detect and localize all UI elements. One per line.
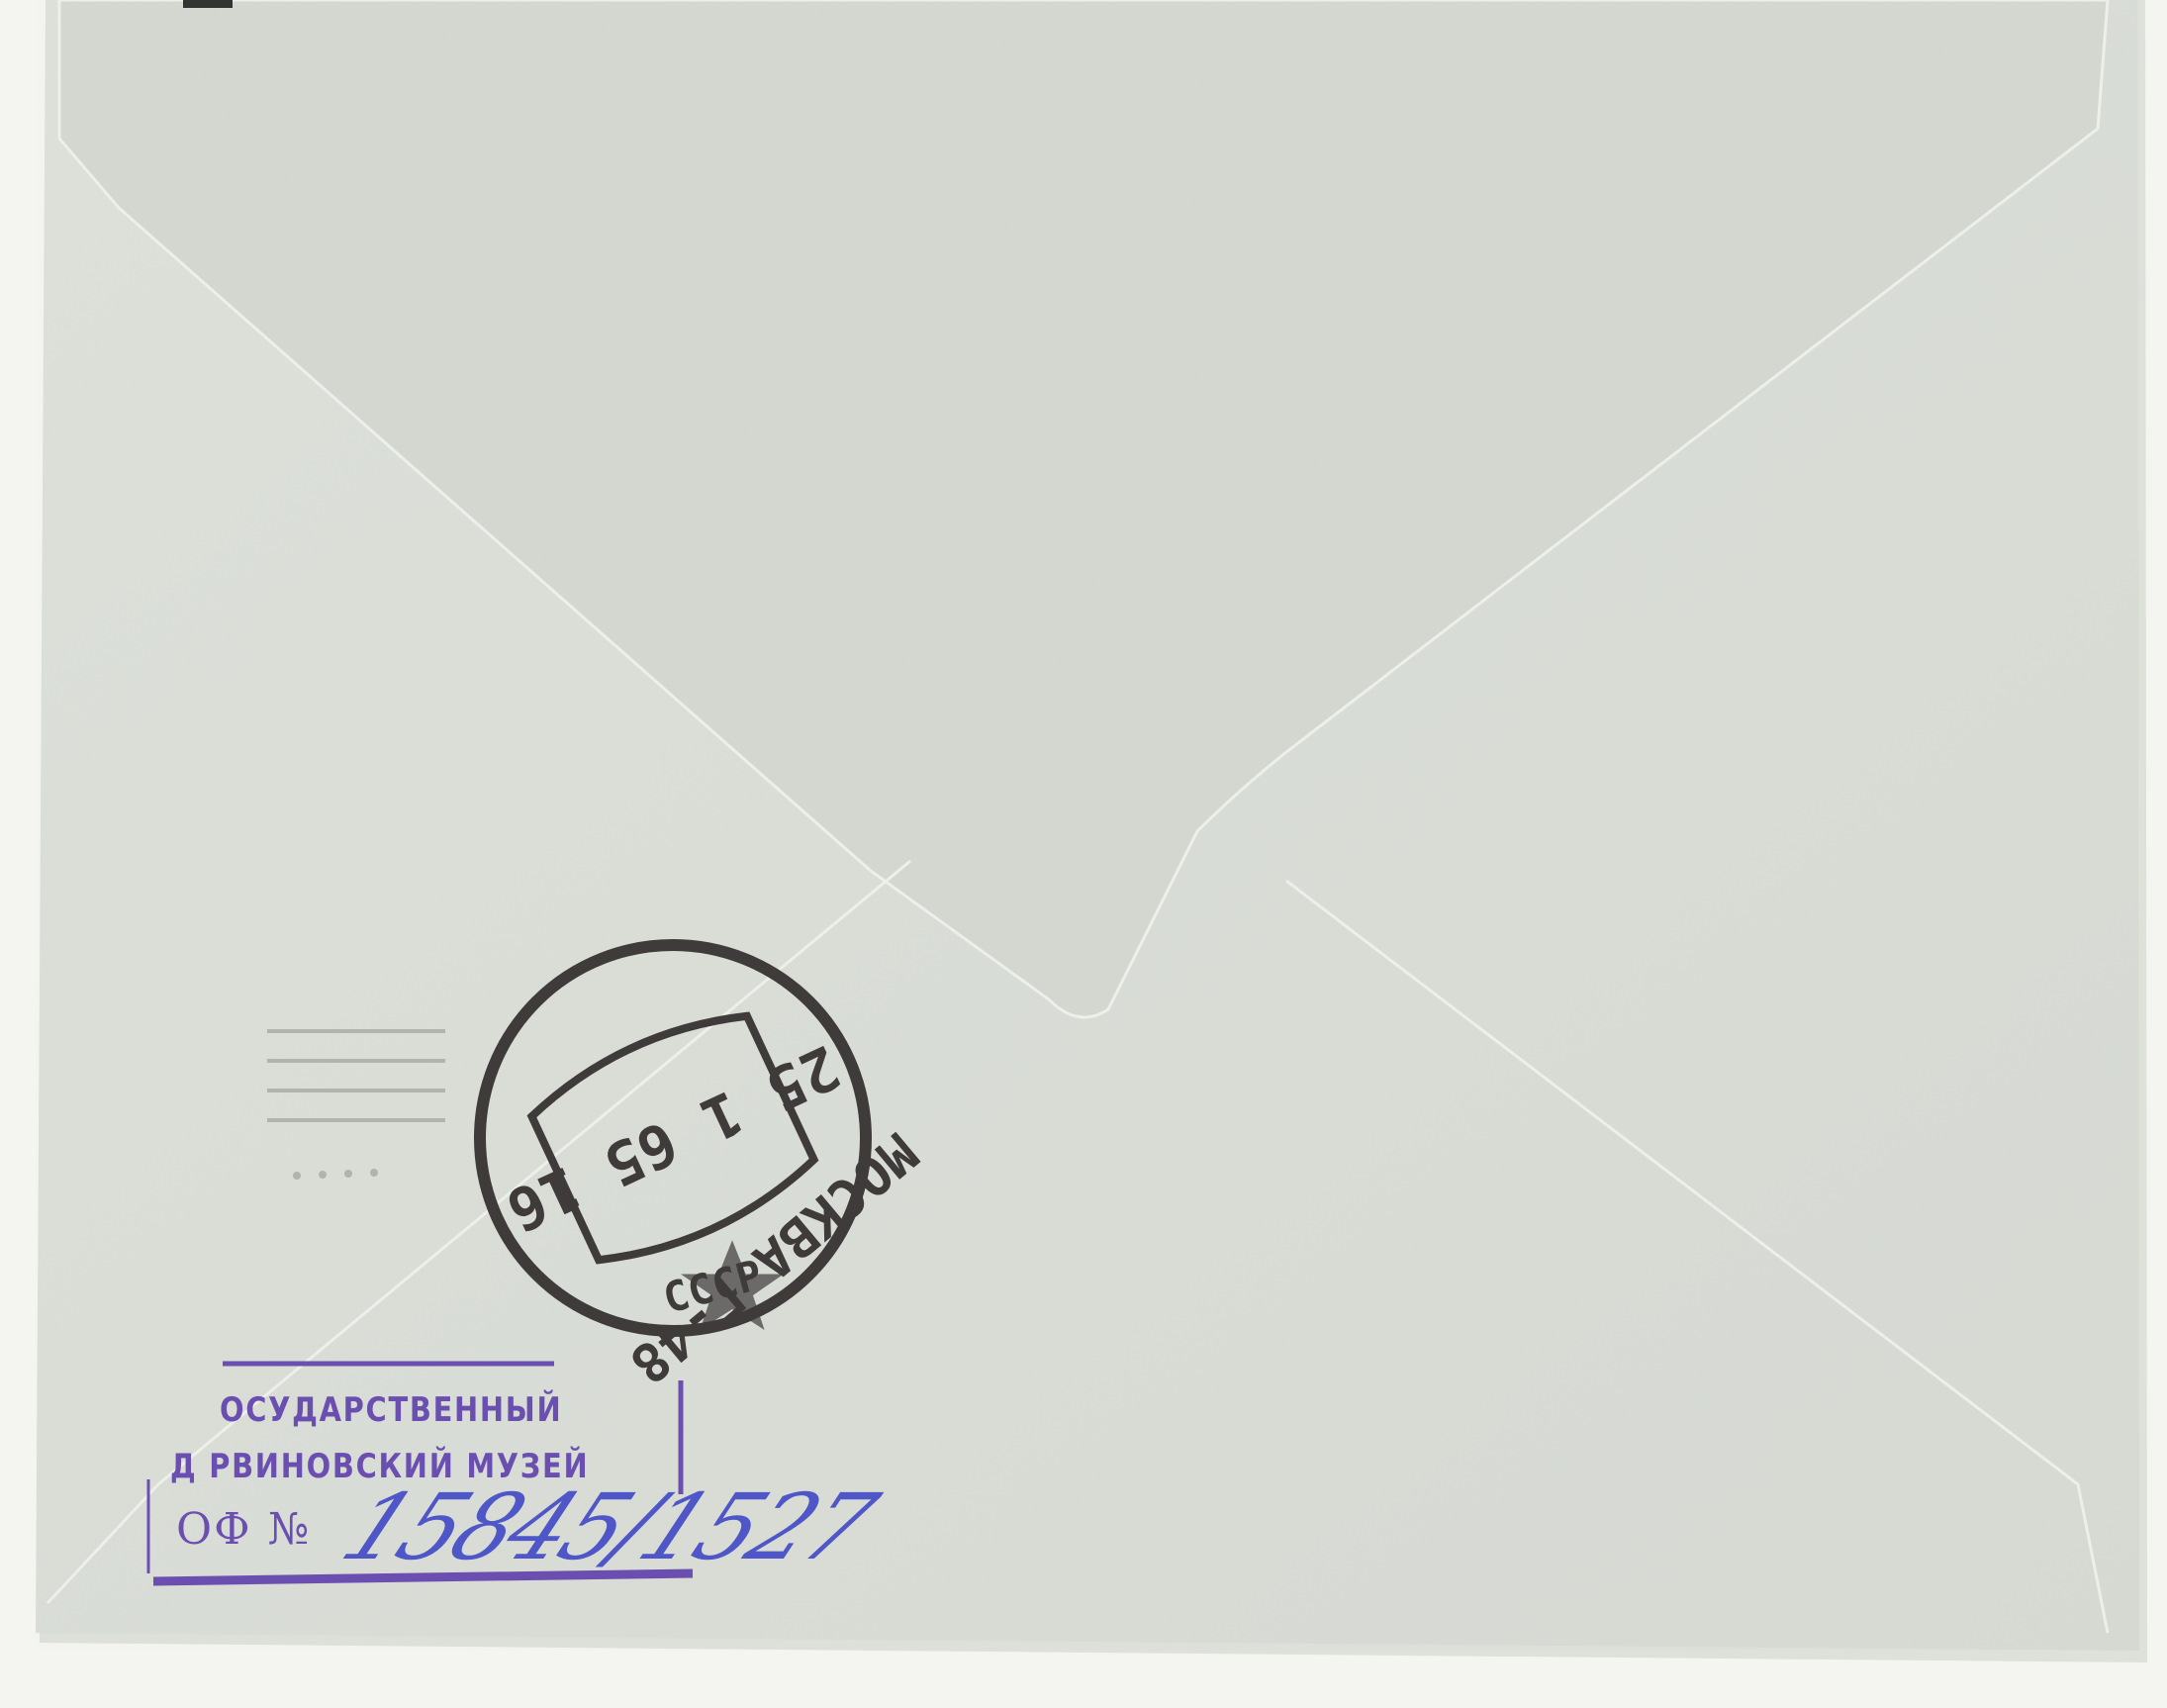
envelope-back-photo: 25 1 65 16 МОСКВА Г-48 СССР ОСУДАРСТВЕНН… xyxy=(0,0,2167,1708)
museum-stamp-prefix: ОФ № xyxy=(176,1504,311,1555)
handwritten-inventory-number: 15845/1527 xyxy=(327,1474,889,1580)
museum-stamp-line1: ОСУДАРСТВЕННЫЙ xyxy=(220,1390,562,1430)
